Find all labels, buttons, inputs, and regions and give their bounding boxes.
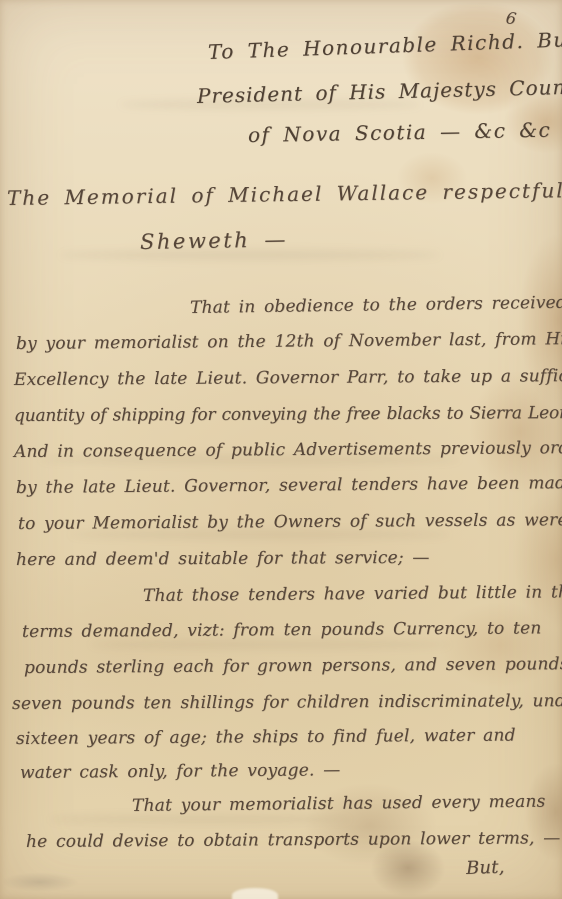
body-line: pounds sterling each for grown persons, …: [24, 654, 562, 678]
body-line: sixteen years of age; the ships to find …: [16, 726, 516, 749]
body-line: And in consequence of public Advertiseme…: [14, 438, 562, 462]
body-line: seven pounds ten shillings for children …: [12, 691, 562, 714]
address-line-place: of Nova Scotia — &c &c &c: [248, 117, 562, 147]
bleed-through-smudge: [50, 815, 350, 824]
sheweth-line: Sheweth —: [140, 227, 288, 254]
address-line-title: President of His Majestys Council: [197, 74, 562, 108]
page-number: 6: [505, 8, 518, 28]
body-line: water cask only, for the voyage. —: [20, 760, 341, 783]
body-line: terms demanded, vizt: from ten pounds Cu…: [22, 618, 542, 642]
memorial-title-line: The Memorial of Michael Wallace respectf…: [7, 178, 562, 210]
address-line-recipient: To The Honourable Richd. Bulkley: [208, 26, 562, 64]
body-line: by your memorialist on the 12th of Novem…: [16, 329, 562, 354]
manuscript-page: 6 To The Honourable Richd. Bulkley Presi…: [0, 0, 562, 899]
body-line: quantity of shipping for conveying the f…: [14, 403, 562, 426]
body-line: That in obedience to the orders received: [190, 293, 562, 318]
body-line: That those tenders have varied but littl…: [143, 582, 562, 606]
body-line: here and deem'd suitable for that servic…: [16, 548, 430, 570]
body-line: That your memorialist has used every mea…: [132, 792, 546, 816]
body-line: to your Memorialist by the Owners of suc…: [18, 510, 562, 534]
body-line: he could devise to obtain transports upo…: [26, 828, 561, 852]
paper-tear: [232, 888, 278, 899]
body-line: Excellency the late Lieut. Governor Parr…: [14, 366, 562, 390]
body-line: by the late Lieut. Governor, several ten…: [16, 473, 562, 498]
bleed-through-smudge: [90, 640, 450, 649]
catchword: But,: [466, 857, 505, 879]
